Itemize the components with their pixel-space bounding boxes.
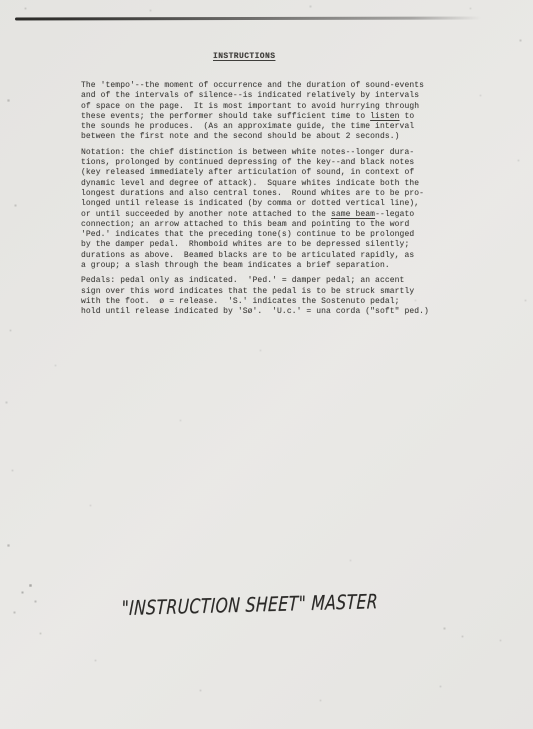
scanned-document-page: INSTRUCTIONS The 'tempo'--the moment of …	[0, 0, 533, 729]
paragraph-notation-text: Notation: the chief distinction is betwe…	[81, 148, 424, 219]
document-body: The 'tempo'--the moment of occurrence an…	[81, 81, 443, 318]
underlined-phrase-same-beam: same beam	[331, 210, 375, 219]
paragraph-pedals-text: Pedals: pedal only as indicated. 'Ped.' …	[81, 276, 429, 316]
document-title: INSTRUCTIONS	[213, 52, 275, 61]
paragraph-tempo: The 'tempo'--the moment of occurrence an…	[81, 81, 443, 143]
scan-noise-specks	[0, 0, 1, 1]
paragraph-pedals: Pedals: pedal only as indicated. 'Ped.' …	[81, 276, 443, 317]
scan-edge-artifact	[15, 17, 481, 21]
paragraph-notation: Notation: the chief distinction is betwe…	[81, 148, 443, 272]
underlined-word-listen: listen	[370, 112, 399, 121]
handwritten-note: "INSTRUCTION SHEET" MASTER	[121, 589, 378, 620]
